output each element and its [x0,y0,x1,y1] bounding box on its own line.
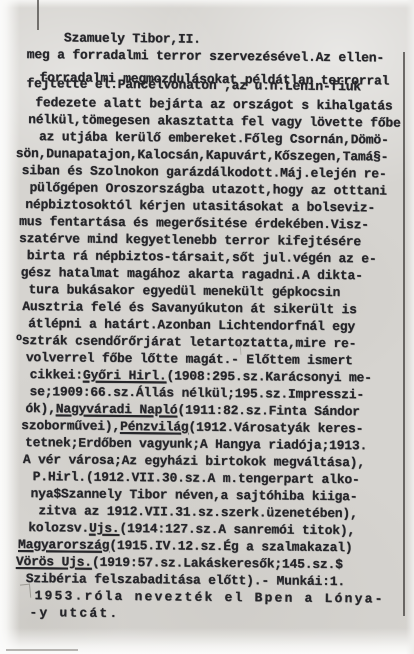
text-segment: nélkül,tömegesen akasztatta fel vagy löv… [28,112,401,131]
typewritten-line: volverrel főbe lőtte magát.- Előttem ism… [26,350,353,368]
typewritten-line: Szibéria felszabaditása előtt).- Munkái:… [26,571,345,589]
text-segment: (1919:57.sz.Lakáskeresők;145.sz.$ [92,555,343,572]
text-segment: tura bukásakor egyedül menekült gépkocsi… [28,282,340,300]
typewritten-line: siban és Szolnokon garázdálkodott.Máj.el… [22,163,387,182]
typewritten-line: -y utcát. [29,605,119,621]
typewritten-line: kolozsv.Ujs.(1914:127.sz.A sanremói tito… [28,520,355,538]
text-segment: A vér városa;Az egyházi birtokok megvált… [23,452,365,470]
text-segment: (1915.IV.12.sz.Ég a szalmakazal) [109,538,352,555]
typewritten-line: átlépni a határt.Azonban Lichtendorfnál … [28,316,355,334]
typewritten-line: Vörös Ujs.(1919:57.sz.Lakáskeresők;145.s… [16,554,343,572]
text-segment: tetnek;Erdőben vagyunk;A Hangya riadója;… [25,435,367,453]
text-segment: mus fentartása és megerősitése érdekében… [19,214,369,232]
typewritten-line: zitva az 1912.VII.31.sz.szerk.üzenetében… [38,503,357,521]
text-segment: zitva az 1912.VII.31.sz.szerk.üzenetében… [38,503,357,521]
underlined-periodical-title: Nagyváradi Napló [56,401,178,417]
text-segment: Szibéria felszabaditása előtt).- Munkái:… [26,571,345,589]
text-segment: se;1909:66.sz.Állás nélkül;195.sz.Impres… [29,384,364,402]
scanned-index-card: Szamuely Tibor,II.meg a forradalmi terro… [0,0,414,654]
text-segment: o [16,333,22,344]
typewritten-line: se;1909:66.sz.Állás nélkül;195.sz.Impres… [29,384,364,402]
typewritten-line: 1953.róla nevezték el Bpen a Lónya- [34,588,384,606]
text-segment: cikkei: [30,367,83,383]
text-segment: az utjába kerülő embereket.Főleg Csornán… [39,129,389,147]
text-segment: 1953.róla nevezték el Bpen a Lónya- [34,588,384,606]
text-segment: -y utcát. [29,605,119,621]
text-segment: (1911:82.sz.Finta Sándor [177,403,360,420]
text-segment: meg a forradalmi terror szervezésével.Az… [27,47,384,65]
text-segment: sön,Dunapatajon,Kalocsán,Kapuvárt,Kőszeg… [16,146,389,165]
text-segment: ók), [25,401,56,416]
typewritten-line: szoborművei),Pénzvilág(1912.Városatyák k… [21,418,363,436]
text-segment: (1914:127.sz.A sanremói titok), [119,521,355,538]
typewritten-line: tetnek;Erdőben vagyunk;A Hangya riadója;… [25,435,367,453]
typewritten-line: P.Hirl.(1912.VII.30.sz.A m.tengerpart al… [33,469,360,487]
text-segment: szoborművei), [21,418,120,434]
typewritten-line: fedezete alatt bejárta az országot s kih… [35,95,392,113]
text-segment: átlépni a határt.Azonban Lichtendorfnál … [28,316,355,334]
document-title-line: Szamuely Tibor,II. [64,30,201,46]
text-segment: Szamuely Tibor,II. [64,30,201,46]
handwritten-bracket-mark [232,343,241,356]
text-segment: birta rá népbiztos-társait,sőt jul.végén… [27,248,377,266]
typewritten-line: meg a forradalmi terror szervezésével.Az… [27,47,384,65]
text-segment: siban és Szolnokon garázdálkodott.Máj.el… [22,163,387,182]
text-segment: pülőgépen Oroszországba utazott,hogy az … [29,180,386,198]
text-segment: (1912.Városatyák keres- [188,420,363,437]
typewritten-line: népbiztosoktól kérjen utasitásokat a bol… [25,197,375,215]
typewritten-line: pülőgépen Oroszországba utazott,hogy az … [29,180,386,198]
typewritten-line: az utjába kerülő embereket.Főleg Csornán… [39,129,389,147]
typewritten-line: Ausztria felé és Savanyúkuton át sikerül… [22,299,357,317]
typewritten-line: birta rá népbiztos-társait,sőt jul.végén… [27,248,377,266]
typewritten-line: nélkül,tömegesen akasztatta fel vagy löv… [28,112,401,131]
typewritten-line: tura bukásakor egyedül menekült gépkocsi… [28,282,340,300]
text-segment: szatérve mind kegyetlenebb terror kifejt… [19,231,361,249]
text-segment: nya$Szannely Tibor néven,a sajtóhiba kii… [30,486,357,504]
underlined-periodical-title: Pénzvilág [120,419,189,435]
text-layer: Szamuely Tibor,II.meg a forradalmi terro… [0,0,414,654]
typewritten-line: A vér városa;Az egyházi birtokok megvált… [23,452,365,470]
text-segment: fejtette el.Páncélvonaton ,az u.n.Lenin-… [26,76,361,94]
typewritten-line: nya$Szannely Tibor néven,a sajtóhiba kii… [30,486,357,504]
text-segment: P.Hirl.(1912.VII.30.sz.A m.tengerpart al… [33,469,360,487]
text-segment: népbiztosoktól kérjen utasitásokat a bol… [25,197,375,215]
handwritten-bracket-mark [20,584,31,599]
text-segment: Ausztria felé és Savanyúkuton át sikerül… [22,299,357,317]
underlined-periodical-title: Magyarország [18,537,109,553]
text-segment: sztrák csendőrőrjárat letartoztatta,mire… [22,333,357,351]
text-segment: volverrel főbe lőtte magát.- Előttem ism… [26,350,353,368]
typewritten-line: Magyarország(1915.IV.12.sz.Ég a szalmaka… [18,537,353,555]
underlined-periodical-title: Vörös Ujs. [16,554,92,570]
typewritten-line: cikkei:Győri Hirl.(1908:295.sz.Karácsony… [30,367,372,385]
typewritten-line: fejtette el.Páncélvonaton ,az u.n.Lenin-… [26,76,361,94]
underlined-periodical-title: Győri Hirl. [83,368,167,384]
underlined-periodical-title: Ujs. [89,521,120,536]
text-segment: fedezete alatt bejárta az országot s kih… [35,95,392,113]
typewritten-line: gész hatalmat magához akarta ragadni.A d… [21,265,363,283]
typewritten-line: mus fentartása és megerősitése érdekében… [19,214,369,232]
text-segment: gész hatalmat magához akarta ragadni.A d… [21,265,363,283]
typewritten-line: ók),Nagyváradi Napló(1911:82.sz.Finta Sá… [25,401,360,419]
typewritten-line: sön,Dunapatajon,Kalocsán,Kapuvárt,Kőszeg… [16,146,389,165]
typewritten-line: szatérve mind kegyetlenebb terror kifejt… [19,231,361,249]
text-segment: kolozsv. [28,520,89,536]
text-segment: (1908:295.sz.Karácsonyi me- [166,368,371,385]
